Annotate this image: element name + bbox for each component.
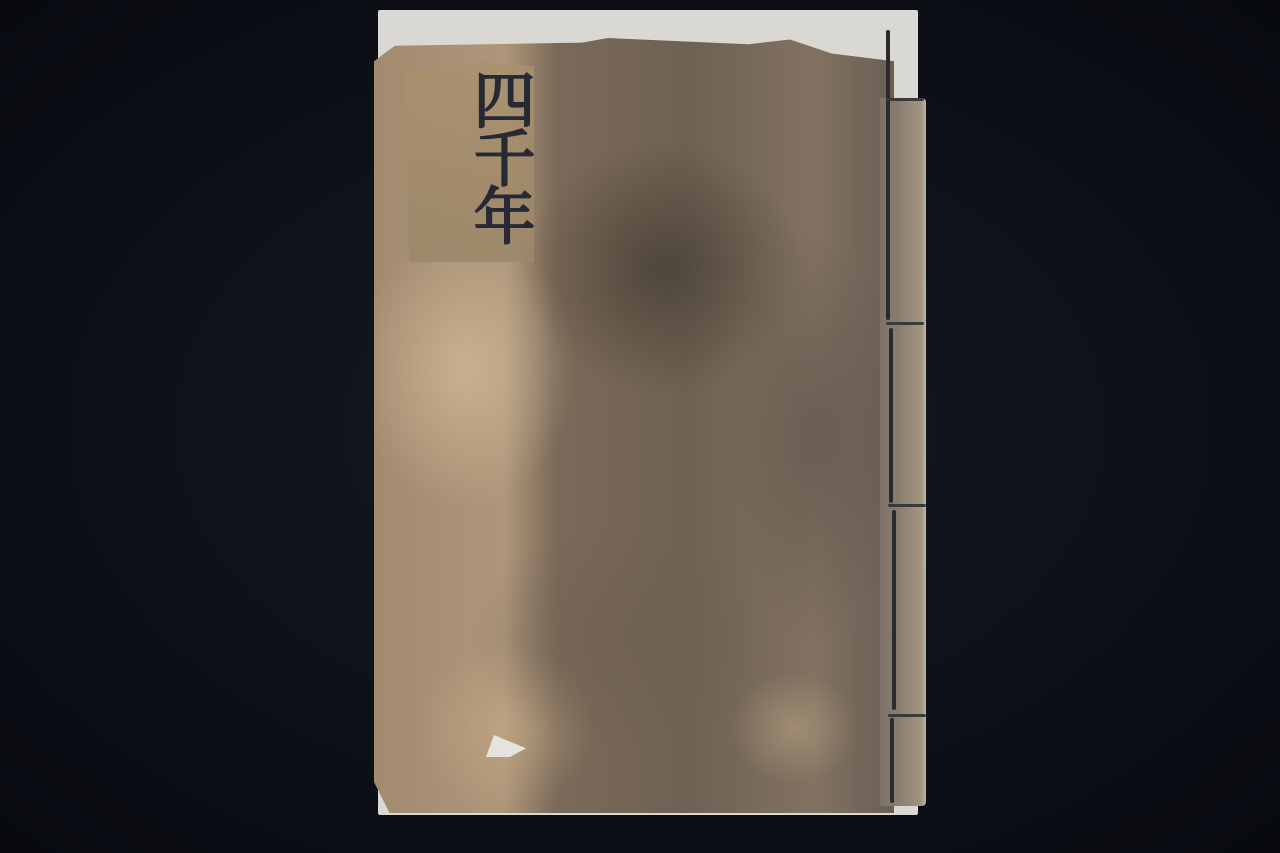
binding-thread <box>889 328 893 503</box>
binding-thread-knot <box>888 714 926 717</box>
binding-thread-knot <box>886 98 924 101</box>
book-title: 四千年 <box>420 68 530 242</box>
binding-thread-knot <box>886 322 924 325</box>
book: 四千年 <box>368 10 930 818</box>
binding-thread <box>886 30 890 320</box>
binding-thread <box>892 510 896 710</box>
binding-thread-knot <box>888 504 926 507</box>
binding-thread <box>890 718 894 803</box>
